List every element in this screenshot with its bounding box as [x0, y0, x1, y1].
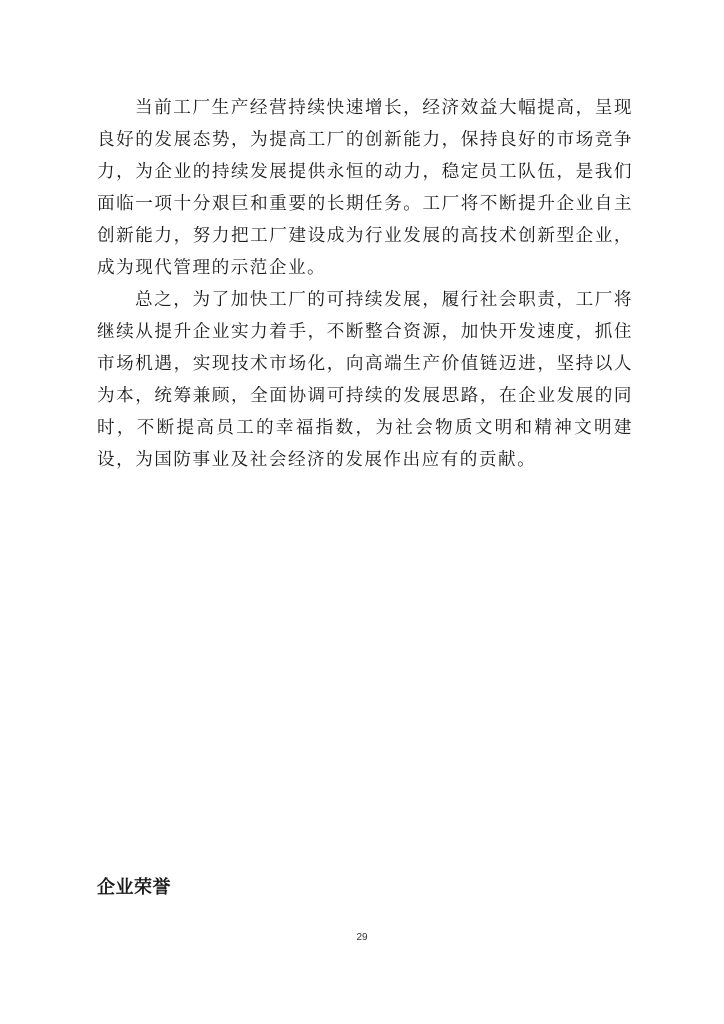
page-number: 29	[0, 932, 724, 943]
section-heading: 企业荣誉	[97, 873, 171, 899]
body-text: 当前工厂生产经营持续快速增长，经济效益大幅提高，呈现良好的发展态势，为提高工厂的…	[97, 92, 633, 476]
paragraph-conclusion: 总之，为了加快工厂的可持续发展，履行社会职责，工厂将继续从提升企业实力着手，不断…	[97, 284, 633, 476]
paragraph-development-status: 当前工厂生产经营持续快速增长，经济效益大幅提高，呈现良好的发展态势，为提高工厂的…	[97, 92, 633, 284]
document-page: 当前工厂生产经营持续快速增长，经济效益大幅提高，呈现良好的发展态势，为提高工厂的…	[0, 0, 724, 1024]
